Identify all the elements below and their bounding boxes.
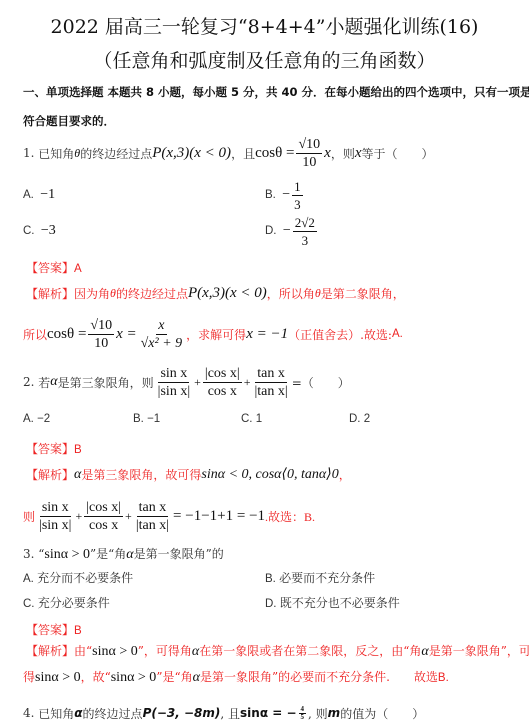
fraction: |cos x| cos x — [203, 365, 242, 400]
analysis-text: 是第二象限角， — [321, 285, 405, 302]
stem-text: =（ ） — [292, 374, 350, 391]
fraction-denominator: cos x — [87, 517, 120, 534]
sign-conditions: sinα < 0, cosα⟨0, tanα⟩0 — [201, 466, 338, 483]
fraction: 1 3 — [292, 178, 303, 213]
analysis-text: 得 — [23, 670, 35, 684]
option-value: 1 — [256, 413, 262, 425]
analysis-text: 是第一象限角”的必要而不充分条件. 故选 — [200, 670, 438, 684]
analysis-text: 由“ — [74, 644, 92, 658]
question-1-stem: 1. 已知角 θ 的终边经过点 P(x,3)(x < 0) ，且 cosθ = … — [23, 133, 434, 173]
question-2-analysis-line1: 【解析】 α 是第三象限角，故可得 sinα < 0, cosα⟨0, tanα… — [26, 466, 351, 483]
question-2-option-a[interactable]: A. −2 — [23, 413, 50, 425]
fraction: 2√2 3 — [293, 214, 317, 249]
option-label: B. — [265, 189, 276, 201]
analysis-label: 【解析】 — [26, 285, 74, 302]
fraction: √10 10 — [296, 136, 322, 171]
question-3-option-b[interactable]: B. 必要而不充分条件 — [265, 569, 375, 586]
analysis-text: ， — [339, 466, 351, 483]
analysis-text: 是第三象限角，故可得 — [81, 466, 201, 483]
option-label: C. — [241, 413, 253, 425]
question-number: 3. — [23, 547, 34, 561]
question-number: 1. — [23, 146, 34, 160]
question-2-option-b[interactable]: B. −1 — [133, 413, 160, 425]
question-2-option-d[interactable]: D. 2 — [349, 413, 370, 425]
question-1-answer: 【答案】A — [26, 257, 82, 276]
fraction-denominator: |tan x| — [134, 517, 171, 534]
fraction: 4 5 — [299, 706, 307, 721]
fraction-numerator: tan x — [255, 365, 287, 383]
fraction-numerator: sin x — [40, 499, 71, 517]
analysis-text: .故选：B. — [265, 508, 315, 525]
stem-text: 的值为（ ） — [340, 705, 424, 722]
question-4-stem: 4. 已知角 α 的终边过点 P(−3, −8m) , 且 sinα = − 4… — [23, 702, 424, 724]
option-label: A. — [23, 413, 34, 425]
analysis-text: （正值舍去）.故选: — [288, 326, 392, 343]
fraction-numerator: √10 — [296, 136, 322, 154]
stem-text: 的终边过点 — [83, 705, 143, 722]
option-value: 2 — [364, 413, 370, 425]
document-title: 2022 届高三一轮复习“8+4+4”小题强化训练(16) — [0, 12, 529, 39]
section-heading: 一、单项选择题 本题共 8 小题，每小题 5 分，共 40 分．在每小题给出的四… — [23, 84, 529, 100]
fraction-numerator: |cos x| — [203, 365, 242, 383]
fraction-denominator: 10 — [92, 335, 110, 352]
answer-label: 【答案】 — [26, 261, 74, 275]
analysis-text: ，求解可得 — [186, 326, 246, 343]
fraction-denominator: cos x — [206, 383, 239, 400]
fraction-denominator: 3 — [300, 232, 311, 249]
alpha-symbol: α — [74, 706, 82, 720]
fraction-numerator: sin x — [158, 365, 189, 383]
analysis-text: ”是“角 — [156, 670, 192, 684]
analysis-text: ，所以角 — [267, 285, 315, 302]
fraction-denominator: 5 — [299, 714, 307, 721]
question-3-analysis-line2: 得sinα > 0，故“sinα > 0”是“角α是第一象限角”的必要而不充分条… — [23, 668, 449, 686]
fraction: |cos x| cos x — [84, 499, 123, 534]
question-number: 4. — [23, 706, 34, 720]
fraction-denominator: |tan x| — [252, 383, 289, 400]
option-value: 充分而不必要条件 — [37, 571, 133, 585]
fraction-numerator: 2√2 — [293, 214, 317, 232]
point-expression: P(x,3)(x < 0) — [152, 145, 231, 162]
stem-text: ，且 — [231, 145, 255, 162]
option-label: A. — [23, 189, 34, 201]
stem-text: 已知角 — [38, 705, 74, 722]
question-1-option-c[interactable]: C. −3 — [23, 216, 56, 246]
stem-text: 是第一象限角”的 — [134, 547, 224, 561]
question-2-stem: 2. 若 α 是第三象限角，则 sin x |sin x| + |cos x| … — [23, 362, 350, 402]
fraction-denominator: |sin x| — [156, 383, 192, 400]
variable-m: m — [328, 706, 341, 720]
question-3-answer: 【答案】B — [26, 619, 82, 638]
stem-text: 的终边经过点 — [80, 145, 152, 162]
fraction-denominator: 3 — [292, 196, 303, 213]
option-value: −2 — [37, 413, 50, 425]
stem-text: 是第三象限角，则 — [58, 374, 154, 391]
fraction-numerator: x — [156, 317, 166, 335]
plus-sign: + — [75, 509, 82, 524]
option-label: C. — [23, 598, 35, 610]
option-value: −1 — [147, 413, 160, 425]
analysis-text: 在第一象限或者在第二象限，反之，由“角 — [199, 644, 421, 658]
option-label: A. — [23, 573, 34, 585]
fraction-denominator: |sin x| — [37, 517, 73, 534]
math-expression: sinα > 0 — [44, 547, 90, 562]
question-3-analysis-line1: 【解析】由“sinα > 0”，可得角α在第一象限或者在第二象限，反之，由“角α… — [26, 642, 529, 660]
variable-x: x — [324, 145, 331, 162]
option-value: −1 — [40, 187, 55, 203]
question-2-answer: 【答案】B — [26, 438, 82, 457]
answer-value: B — [74, 625, 82, 637]
fraction: tan x |tan x| — [134, 499, 171, 534]
math-expression: sinα > 0 — [111, 670, 157, 685]
option-label: C. — [23, 225, 35, 237]
cos-expression: cosθ = — [47, 326, 86, 343]
document-subtitle: （任意角和弧度制及任意角的三角函数） — [0, 46, 529, 73]
answer-label: 【答案】 — [26, 442, 74, 456]
cos-expression: cosθ = — [255, 145, 294, 162]
section-heading-cont: 符合题目要求的． — [23, 113, 115, 129]
question-3-stem: 3. “sinα > 0”是“角α是第一象限角”的 — [23, 545, 224, 563]
answer-label: 【答案】 — [26, 623, 74, 637]
fraction-numerator: |cos x| — [84, 499, 123, 517]
question-3-option-a[interactable]: A. 充分而不必要条件 — [23, 569, 133, 586]
math-expression: x = — [116, 326, 137, 343]
plus-sign: + — [244, 375, 251, 390]
stem-text: 等于（ ） — [362, 145, 434, 162]
analysis-text: 是第一象限角”，可 — [429, 644, 529, 658]
analysis-text: 所以 — [23, 326, 47, 343]
alpha-symbol: α — [126, 547, 133, 562]
plus-sign: + — [125, 509, 132, 524]
fraction: tan x |tan x| — [252, 365, 289, 400]
stem-text: , 则 — [308, 705, 328, 722]
question-1-analysis-line1: 【解析】 因为角 θ 的终边经过点 P(x,3)(x < 0) ，所以角 θ 是… — [26, 285, 405, 302]
fraction-denominator: √x² + 9 — [139, 335, 185, 352]
option-value: 必要而不充分条件 — [279, 571, 375, 585]
alpha-symbol: α — [50, 374, 57, 390]
alpha-symbol: α — [193, 670, 200, 685]
minus-sign: − — [282, 187, 290, 203]
analysis-text: 因为角 — [74, 285, 110, 302]
analysis-text: 则 — [23, 508, 35, 525]
option-label: D. — [265, 598, 277, 610]
question-1-option-d[interactable]: D. − 2√2 3 — [265, 212, 319, 250]
stem-text: 若 — [38, 374, 50, 391]
analysis-text: ，故“ — [81, 670, 111, 684]
stem-text: ，则 — [331, 145, 355, 162]
alpha-symbol: α — [74, 467, 81, 483]
question-1-option-a[interactable]: A. −1 — [23, 180, 55, 210]
analysis-text: ”，可得角 — [138, 644, 192, 658]
point-expression: P(−3, −8m) — [143, 706, 221, 720]
answer-choice: B. — [438, 672, 449, 684]
fraction: x √x² + 9 — [139, 317, 185, 352]
option-value: −3 — [41, 223, 56, 239]
point-expression: P(x,3)(x < 0) — [188, 285, 267, 302]
alpha-symbol: α — [421, 644, 428, 659]
option-value: 充分必要条件 — [38, 596, 110, 610]
answer-value: A — [74, 263, 82, 275]
fraction-denominator: 10 — [300, 154, 318, 171]
question-3-option-c[interactable]: C. 充分必要条件 — [23, 594, 110, 611]
result-expression: = −1−1+1 = −1 — [173, 508, 265, 525]
option-label: B. — [265, 573, 276, 585]
option-label: D. — [349, 413, 361, 425]
stem-text: ”是“角 — [90, 547, 126, 561]
analysis-label: 【解析】 — [26, 644, 74, 658]
option-label: D. — [265, 225, 277, 237]
answer-choice: A. — [392, 328, 403, 340]
stem-text: 已知角 — [38, 145, 74, 162]
analysis-label: 【解析】 — [26, 466, 74, 483]
stem-text: , 且 — [220, 705, 240, 722]
minus-sign: − — [283, 223, 291, 239]
fraction-numerator: √10 — [88, 317, 114, 335]
question-2-analysis-line2: 则 sin x |sin x| + |cos x| cos x + tan x … — [23, 494, 315, 538]
question-3-option-d[interactable]: D. 既不充分也不必要条件 — [265, 594, 400, 611]
solution-value: x = −1 — [246, 326, 288, 343]
fraction: sin x |sin x| — [156, 365, 192, 400]
question-1-analysis-line2: 所以 cosθ = √10 10 x = x √x² + 9 ，求解可得 x =… — [23, 312, 403, 356]
question-number: 2. — [23, 375, 34, 389]
sin-expression: sinα = − — [240, 706, 297, 720]
fraction: √10 10 — [88, 317, 114, 352]
math-expression: sinα > 0 — [35, 670, 81, 685]
fraction-numerator: tan x — [137, 499, 169, 517]
option-label: B. — [133, 413, 144, 425]
variable-x: x — [355, 145, 362, 162]
plus-sign: + — [194, 375, 201, 390]
analysis-text: 的终边经过点 — [116, 285, 188, 302]
fraction-numerator: 1 — [292, 178, 303, 196]
math-expression: sinα > 0 — [92, 644, 138, 659]
question-1-option-b[interactable]: B. − 1 3 — [265, 176, 305, 214]
question-2-option-c[interactable]: C. 1 — [241, 413, 262, 425]
fraction: sin x |sin x| — [37, 499, 73, 534]
option-value: 既不充分也不必要条件 — [280, 596, 400, 610]
answer-value: B — [74, 444, 82, 456]
